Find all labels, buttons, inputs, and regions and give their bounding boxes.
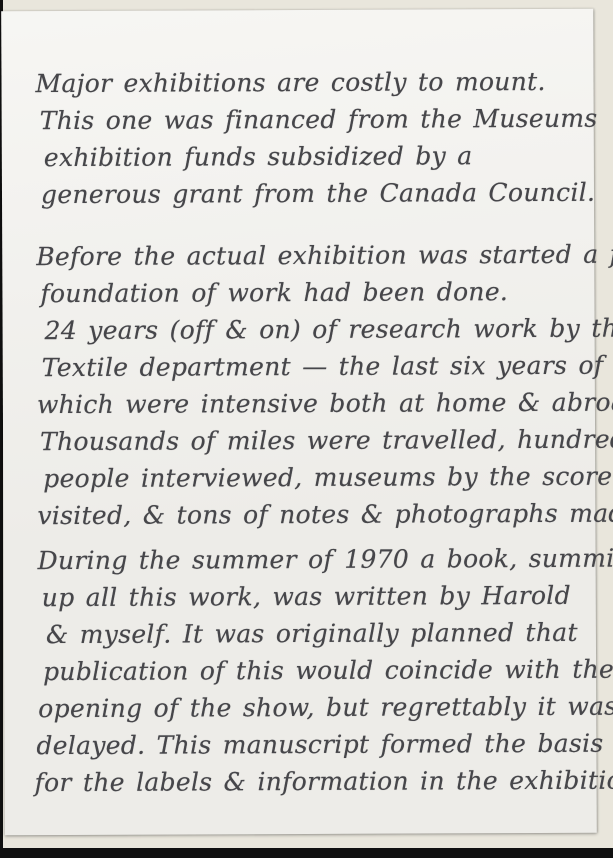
handwritten-line: people interviewed, museums by the score… [43,458,581,497]
handwritten-line: which were intensive both at home & abro… [37,384,581,423]
handwritten-line: During the summer of 1970 a book, summin… [38,540,582,579]
handwritten-line: visited, & tons of notes & photographs m… [37,495,581,534]
handwritten-line: 24 years (off & on) of research work by … [45,310,581,349]
handwritten-line: Textile department — the last six years … [42,347,581,386]
handwritten-line: up all this work, was written by Harold [42,577,582,616]
handwritten-line: Major exhibitions are costly to mount. [35,63,579,102]
paragraph-funding: Major exhibitions are costly to mount. T… [35,63,580,213]
handwritten-line: for the labels & information in the exhi… [34,762,582,801]
handwritten-line: delayed. This manuscript formed the basi… [36,725,582,764]
handwritten-line: opening of the show, but regrettably it … [38,688,582,727]
paragraph-research: Before the actual exhibition was started… [36,236,581,534]
handwritten-line: & myself. It was originally planned that [46,614,582,653]
handwritten-line: This one was financed from the Museums [40,100,580,139]
handwritten-text-block: Major exhibitions are costly to mount. T… [35,63,582,801]
manuscript-page: Major exhibitions are costly to mount. T… [1,9,597,836]
handwritten-line: generous grant from the Canada Council. [41,174,580,213]
photo-background: { "document": { "kind": "handwritten-man… [0,0,613,858]
handwritten-line: Before the actual exhibition was started… [36,236,580,275]
handwritten-line: exhibition funds subsidized by a [44,137,580,176]
handwritten-line: Thousands of miles were travelled, hundr… [40,421,581,460]
handwritten-line: foundation of work had been done. [40,273,580,312]
handwritten-line: publication of this would coincide with … [43,651,582,690]
paragraph-book: During the summer of 1970 a book, summin… [38,540,583,801]
